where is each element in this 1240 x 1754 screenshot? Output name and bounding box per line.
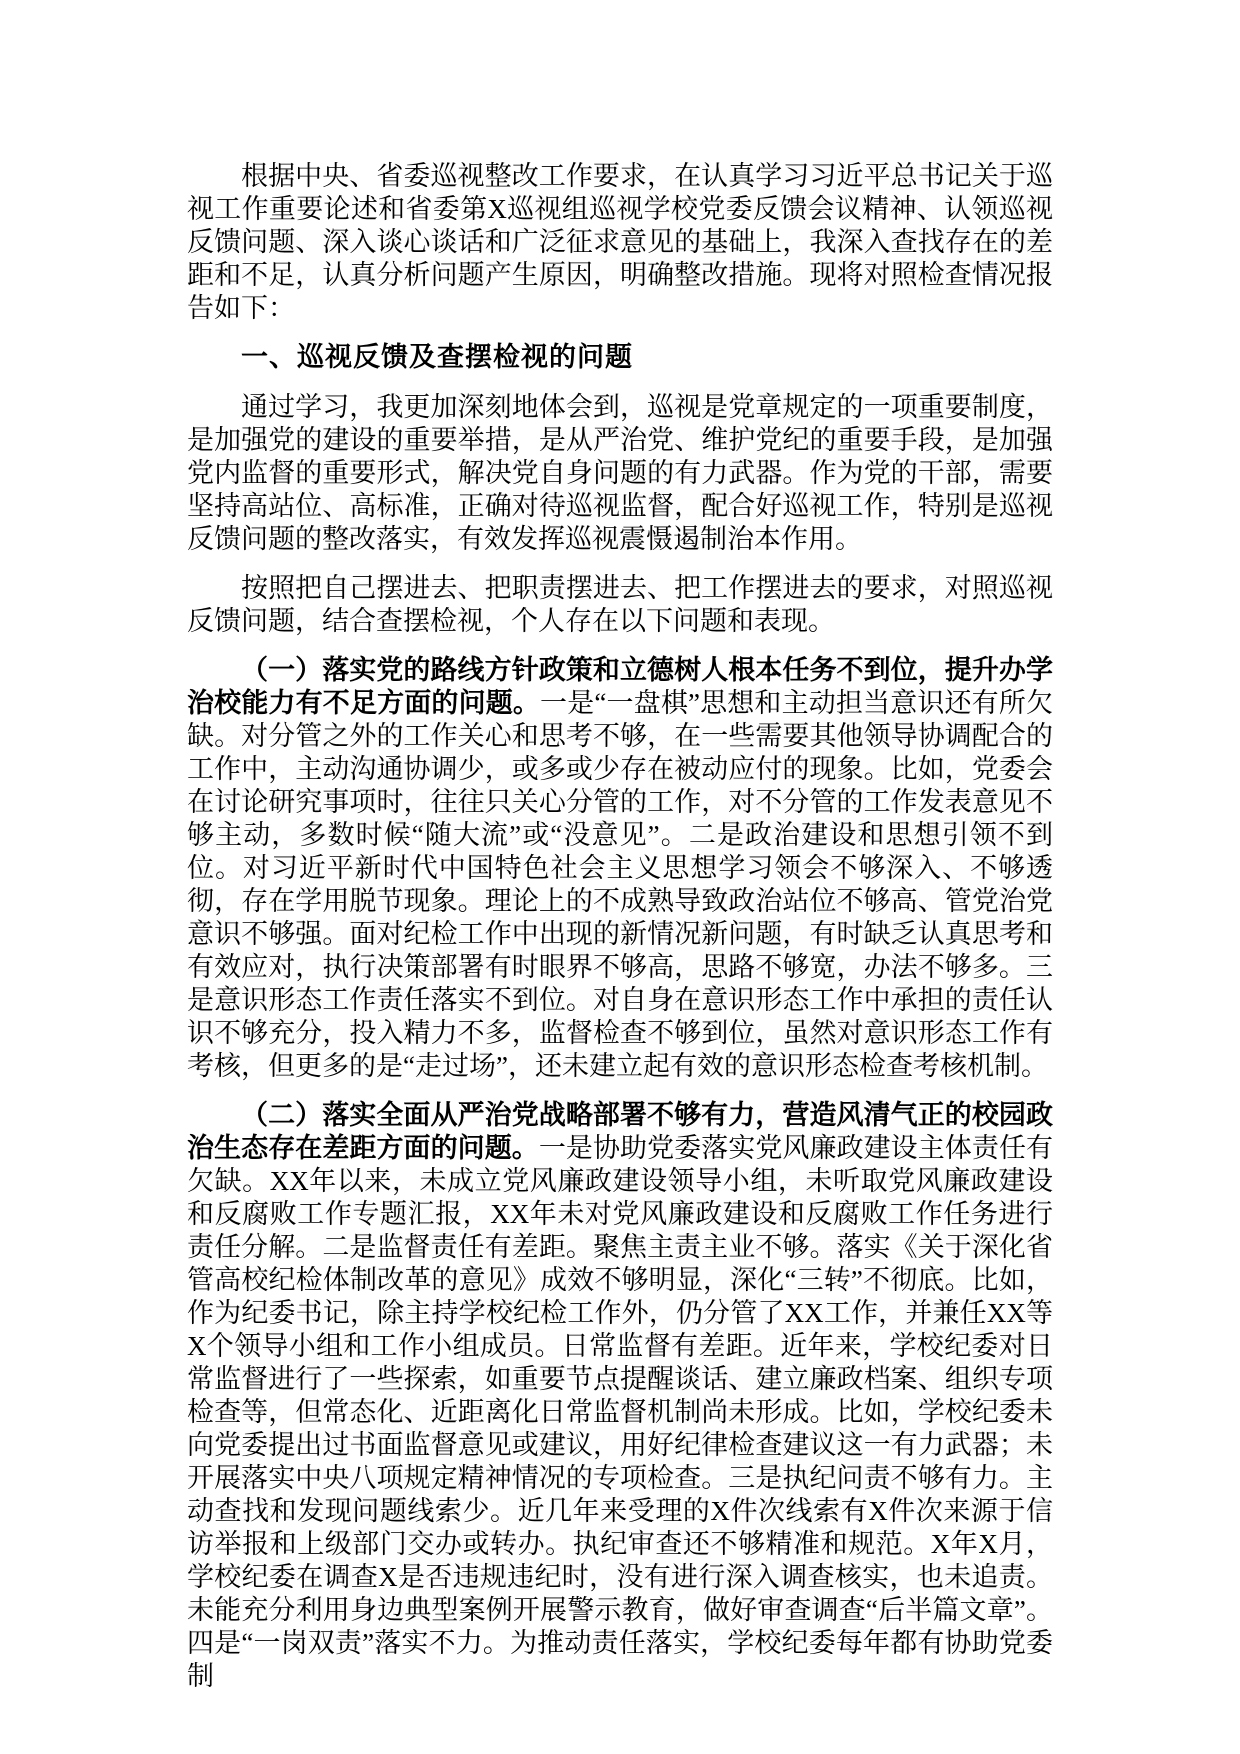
document-content: 根据中央、省委巡视整改工作要求，在认真学习习近平总书记关于巡视工作重要论述和省委… xyxy=(187,160,1053,1693)
subsection-1-body: 一是“一盘棋”思想和主动担当意识还有所欠缺。对分管之外的工作关心和思考不够，在一… xyxy=(187,688,1053,1081)
subsection-2-paragraph: （二）落实全面从严治党战略部署不够有力，营造风清气正的校园政治生态存在差距方面的… xyxy=(187,1099,1053,1693)
section-heading: 一、巡视反馈及查摆检视的问题 xyxy=(187,341,1053,374)
paragraph-study-reflection: 通过学习，我更加深刻地体会到，巡视是党章规定的一项重要制度，是加强党的建设的重要… xyxy=(187,391,1053,556)
document-page: 根据中央、省委巡视整改工作要求，在认真学习习近平总书记关于巡视工作重要论述和省委… xyxy=(0,0,1240,1754)
subsection-2-body: 一是协助党委落实党风廉政建设主体责任有欠缺。XX年以来，未成立党风廉政建设领导小… xyxy=(187,1133,1053,1691)
paragraph-requirement: 按照把自己摆进去、把职责摆进去、把工作摆进去的要求，对照巡视反馈问题，结合查摆检… xyxy=(187,572,1053,638)
intro-paragraph: 根据中央、省委巡视整改工作要求，在认真学习习近平总书记关于巡视工作重要论述和省委… xyxy=(187,160,1053,325)
subsection-1-paragraph: （一）落实党的路线方针政策和立德树人根本任务不到位，提升办学治校能力有不足方面的… xyxy=(187,654,1053,1083)
